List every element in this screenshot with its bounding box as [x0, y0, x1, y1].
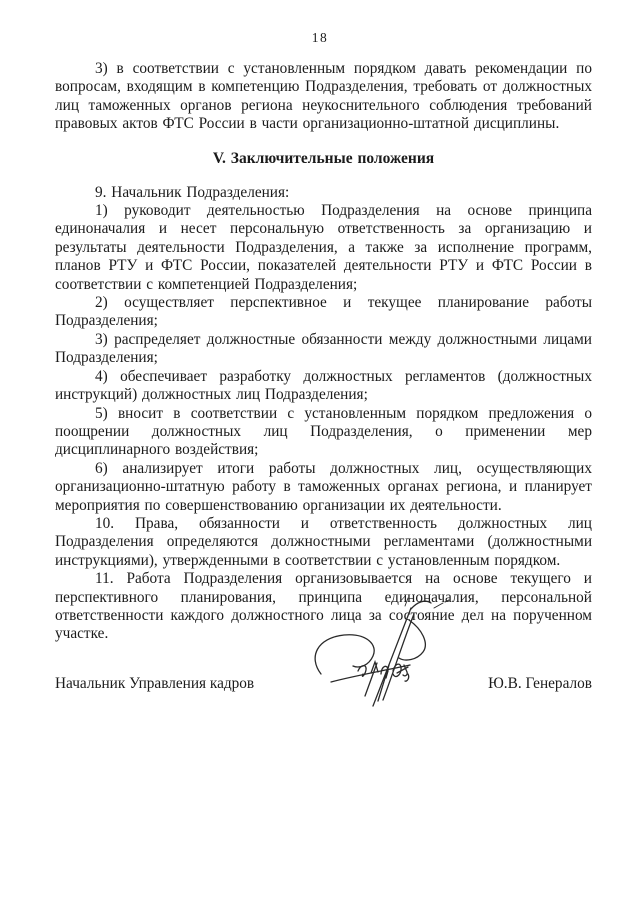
page-number: 18 — [0, 30, 640, 46]
signer-title: Начальник Управления кадров — [55, 674, 254, 693]
paragraph-rights-item-3: 3) в соответствии с установленным порядк… — [55, 60, 592, 134]
clause-9: 9. Начальник Подразделения: — [55, 184, 592, 202]
document-page: 18 3) в соответствии с установленным пор… — [0, 0, 640, 900]
signer-name: Ю.В. Генералов — [488, 674, 592, 693]
clause-9-item-2: 2) осуществляет перспективное и текущее … — [55, 294, 592, 331]
handwritten-signature — [301, 594, 453, 720]
document-body: 3) в соответствии с установленным порядк… — [55, 60, 592, 644]
clause-9-item-1: 1) руководит деятельностью Подразделения… — [55, 202, 592, 294]
clause-9-item-6: 6) анализирует итоги работы должностных … — [55, 460, 592, 515]
clause-10: 10. Права, обязанности и ответственность… — [55, 515, 592, 570]
section-heading: V. Заключительные положения — [55, 149, 592, 168]
signature-icon — [301, 594, 453, 720]
clause-9-item-5: 5) вносит в соответствии с установленным… — [55, 405, 592, 460]
clause-9-item-3: 3) распределяет должностные обязанности … — [55, 331, 592, 368]
signature-block: Начальник Управления кадров Ю.В. Генерал… — [55, 674, 592, 693]
clause-9-item-4: 4) обеспечивает разработку должностных р… — [55, 368, 592, 405]
